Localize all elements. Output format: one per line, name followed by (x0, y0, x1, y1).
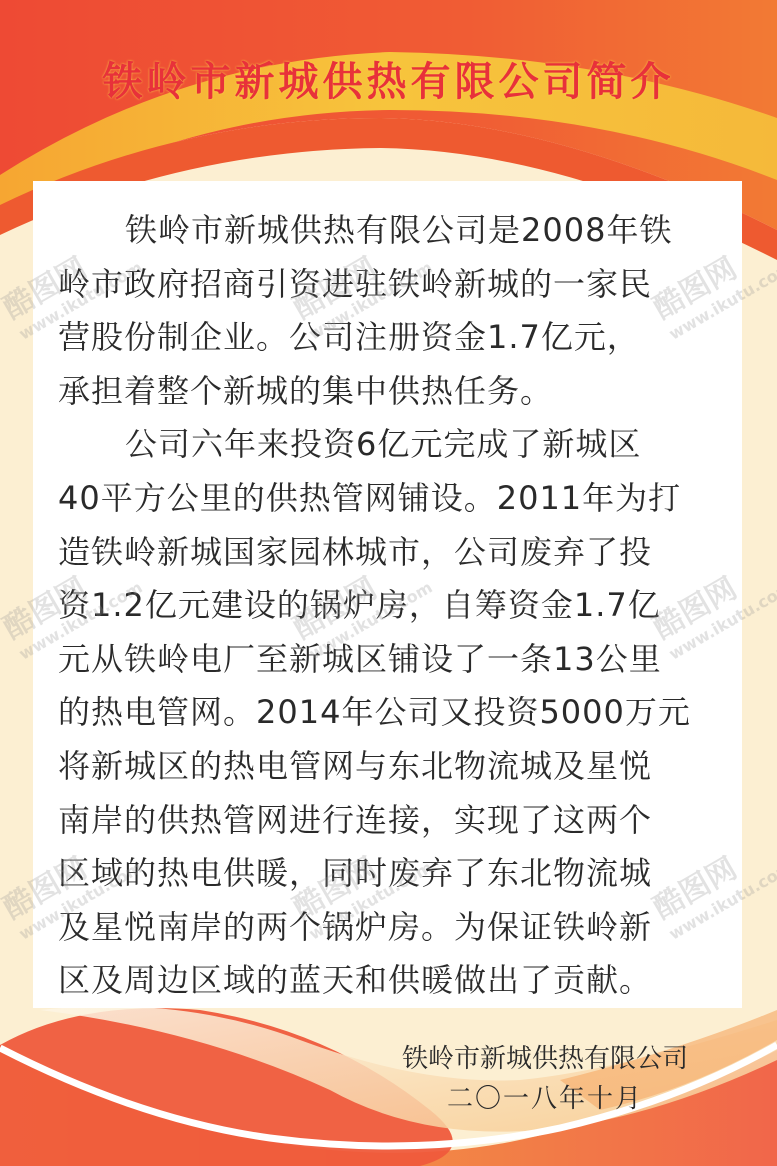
text-line: 区域的热电供暖，同时废弃了东北物流城 (58, 847, 708, 901)
text-line: 南岸的供热管网进行连接，实现了这两个 (58, 794, 708, 848)
intro-body: 铁岭市新城供热有限公司是2008年铁 岭市政府招商引资进驻铁岭新城的一家民 营股… (58, 204, 708, 1008)
text-line: 元从铁岭电厂至新城区铺设了一条13公里 (58, 633, 708, 687)
text-line: 造铁岭新城国家园林城市，公司废弃了投 (58, 526, 708, 580)
text-line: 营股份制企业。公司注册资金1.7亿元， (58, 311, 708, 365)
text-line: 公司六年来投资6亿元完成了新城区 (58, 418, 708, 472)
text-line: 资1.2亿元建设的锅炉房，自筹资金1.7亿 (58, 579, 708, 633)
text-line: 的热电管网。2014年公司又投资5000万元 (58, 686, 708, 740)
text-line: 区及周边区域的蓝天和供暖做出了贡献。 (58, 954, 708, 1008)
signature-company: 铁岭市新城供热有限公司 (380, 1038, 710, 1075)
signature-date: 二〇一八年十月 (380, 1078, 710, 1115)
text-line: 岭市政府招商引资进驻铁岭新城的一家民 (58, 258, 708, 312)
page-title: 铁岭市新城供热有限公司简介 (0, 50, 777, 107)
text-line: 铁岭市新城供热有限公司是2008年铁 (58, 204, 708, 258)
text-line: 承担着整个新城的集中供热任务。 (58, 365, 708, 419)
text-line: 将新城区的热电管网与东北物流城及星悦 (58, 740, 708, 794)
text-line: 40平方公里的供热管网铺设。2011年为打 (58, 472, 708, 526)
text-line: 及星悦南岸的两个锅炉房。为保证铁岭新 (58, 901, 708, 955)
